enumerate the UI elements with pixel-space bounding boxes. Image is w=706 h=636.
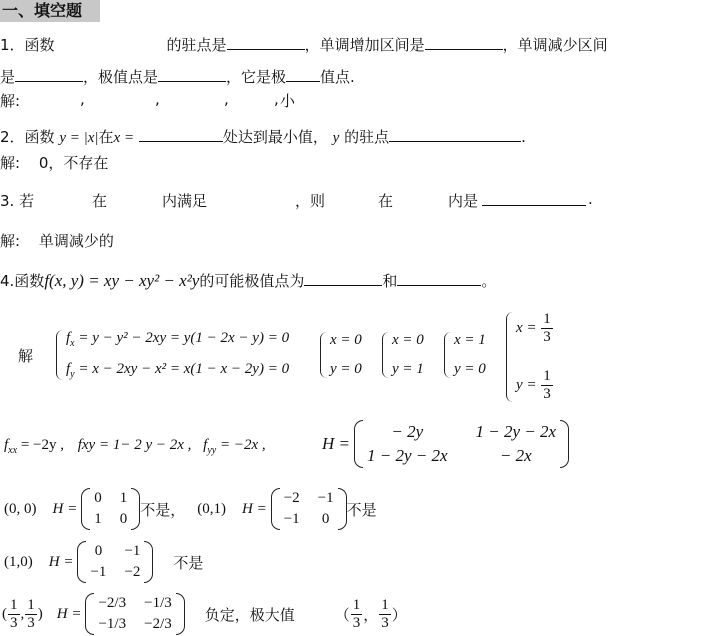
q1-text: 是 (0, 68, 15, 86)
q3-text: . (588, 190, 593, 208)
q4-blank-1[interactable] (304, 271, 382, 286)
q3-answer: 解: 单调减少的 (0, 230, 114, 251)
brace-icon (382, 332, 389, 378)
q2-y: y (333, 130, 340, 146)
q1-text: ，它是极 (226, 68, 286, 86)
fx-equation: fx = y − y² − 2xy = y(1 − 2x − y) = 0 (66, 330, 289, 349)
verdict: 不是， (140, 499, 185, 520)
q3-text: 在 (92, 190, 107, 211)
solution-label: 解 (18, 345, 33, 366)
q3-blank[interactable] (482, 191, 586, 206)
fxx: fxx = −2y , (4, 437, 64, 453)
q4-text: 。 (481, 272, 496, 290)
q1-text: 值点. (320, 68, 355, 86)
q1-answer: 解: , , , , 小 (0, 90, 20, 111)
comma: , (274, 90, 279, 108)
section-header: 一、填空题 (0, 0, 100, 22)
question-2: 2．函数 y = |x|在x = 处达到最小值， y 的驻点. (0, 126, 526, 147)
q2-expr: y = |x| (59, 130, 98, 146)
q1-blank-type[interactable] (286, 67, 320, 82)
q4-blank-2[interactable] (397, 271, 481, 286)
q1-text: 的驻点是 (167, 36, 227, 54)
brace-icon (444, 332, 451, 378)
question-4: 4.函数f(x, y) = xy − xy² − x²y的可能极值点为和。 (0, 270, 496, 291)
q2-text: . (521, 128, 526, 146)
q2-text: 在 (99, 128, 114, 146)
hessian-matrix: − 2y1 − 2y − 2x 1 − 2y − 2x− 2x (354, 420, 569, 468)
q1-blank-stationary[interactable] (227, 35, 305, 50)
q1-text: ，极值点是 (83, 68, 158, 86)
question-1-line-1: 1．函数的驻点是，单调增加区间是，单调减少区间 (0, 34, 608, 55)
q3-text: ，则 (295, 190, 325, 211)
answer-label: 解: (0, 92, 20, 110)
verdict: 不是 (347, 499, 377, 520)
q2-blank-stationary[interactable] (389, 127, 521, 142)
answer-label: 解: (0, 154, 20, 172)
question-3: 3. 若 在 内满足 ，则 在 内是 . (0, 190, 706, 212)
q2-xeq: x = (114, 130, 135, 146)
q2-answer: 解: 0，不存在 (0, 152, 108, 173)
comma: , (80, 90, 85, 108)
q4-text: 的可能极值点为 (199, 272, 304, 290)
q2-answer-text: 0，不存在 (39, 154, 109, 172)
q3-prefix: 3. 若 (0, 190, 34, 211)
brace-icon (506, 312, 513, 402)
q1-blank-increasing[interactable] (425, 35, 503, 50)
q1-answer-tail: 小 (280, 90, 295, 111)
q4-expr: f(x, y) = xy − xy² − x²y (44, 271, 199, 290)
q1-text: ，单调减少区间 (503, 36, 608, 54)
critical-point-2: x = 0y = 1 (382, 332, 424, 378)
case-0-0: (0, 0) H = 0110 不是， (0,1) H = −2−1−10 不是 (4, 488, 377, 530)
q1-blank-extremum[interactable] (158, 67, 226, 82)
q2-prefix: 2．函数 (0, 128, 55, 146)
critical-point-3: x = 1y = 0 (444, 332, 486, 378)
verdict: 负定，极大值 (205, 604, 295, 625)
q1-prefix: 1．函数 (0, 36, 55, 54)
comma: , (224, 90, 229, 108)
q4-prefix: 4.函数 (0, 272, 44, 290)
second-derivatives: fxx = −2y , fxy = 1− 2 y − 2x , fyy = −2… (4, 437, 266, 456)
verdict: 不是 (173, 552, 203, 573)
q3-text: 内是 (448, 190, 478, 211)
critical-point-4: x = 13 y = 13 (506, 312, 554, 402)
brace-icon (320, 332, 327, 378)
brace-icon (56, 330, 63, 380)
q1-text: ，单调增加区间是 (305, 36, 425, 54)
answer-label: 解: (0, 232, 20, 250)
hessian-general: H = − 2y1 − 2y − 2x 1 − 2y − 2x− 2x (322, 420, 569, 468)
case-third-third: (13,13) H = −2/3−1/3−1/3−2/3 负定，极大值 （13，… (2, 593, 407, 635)
fxy: fxy = 1− 2 y − 2x , (78, 437, 192, 453)
partial-derivative-system: fx = y − y² − 2xy = y(1 − 2x − y) = 0 fy… (56, 330, 289, 380)
critical-point-1: x = 0y = 0 (320, 332, 362, 378)
question-1-line-2: 是，极值点是，它是极值点. (0, 66, 355, 87)
comma: , (155, 90, 160, 108)
fy-equation: fy = x − 2xy − x² = x(1 − x − 2y) = 0 (66, 361, 289, 380)
case-1-0: (1,0) H = 0−1−1−2 不是 (4, 541, 203, 583)
q4-text: 和 (382, 272, 397, 290)
q3-text: 在 (378, 190, 393, 211)
q2-text: 的驻点 (344, 128, 389, 146)
q2-text: 处达到最小值， (223, 128, 328, 146)
fyy: fyy = −2x , (203, 437, 265, 453)
q1-blank-decreasing[interactable] (15, 67, 83, 82)
q3-text: 内满足 (162, 190, 207, 211)
q2-blank-min[interactable] (139, 127, 223, 142)
q3-answer-text: 单调减少的 (39, 232, 114, 250)
